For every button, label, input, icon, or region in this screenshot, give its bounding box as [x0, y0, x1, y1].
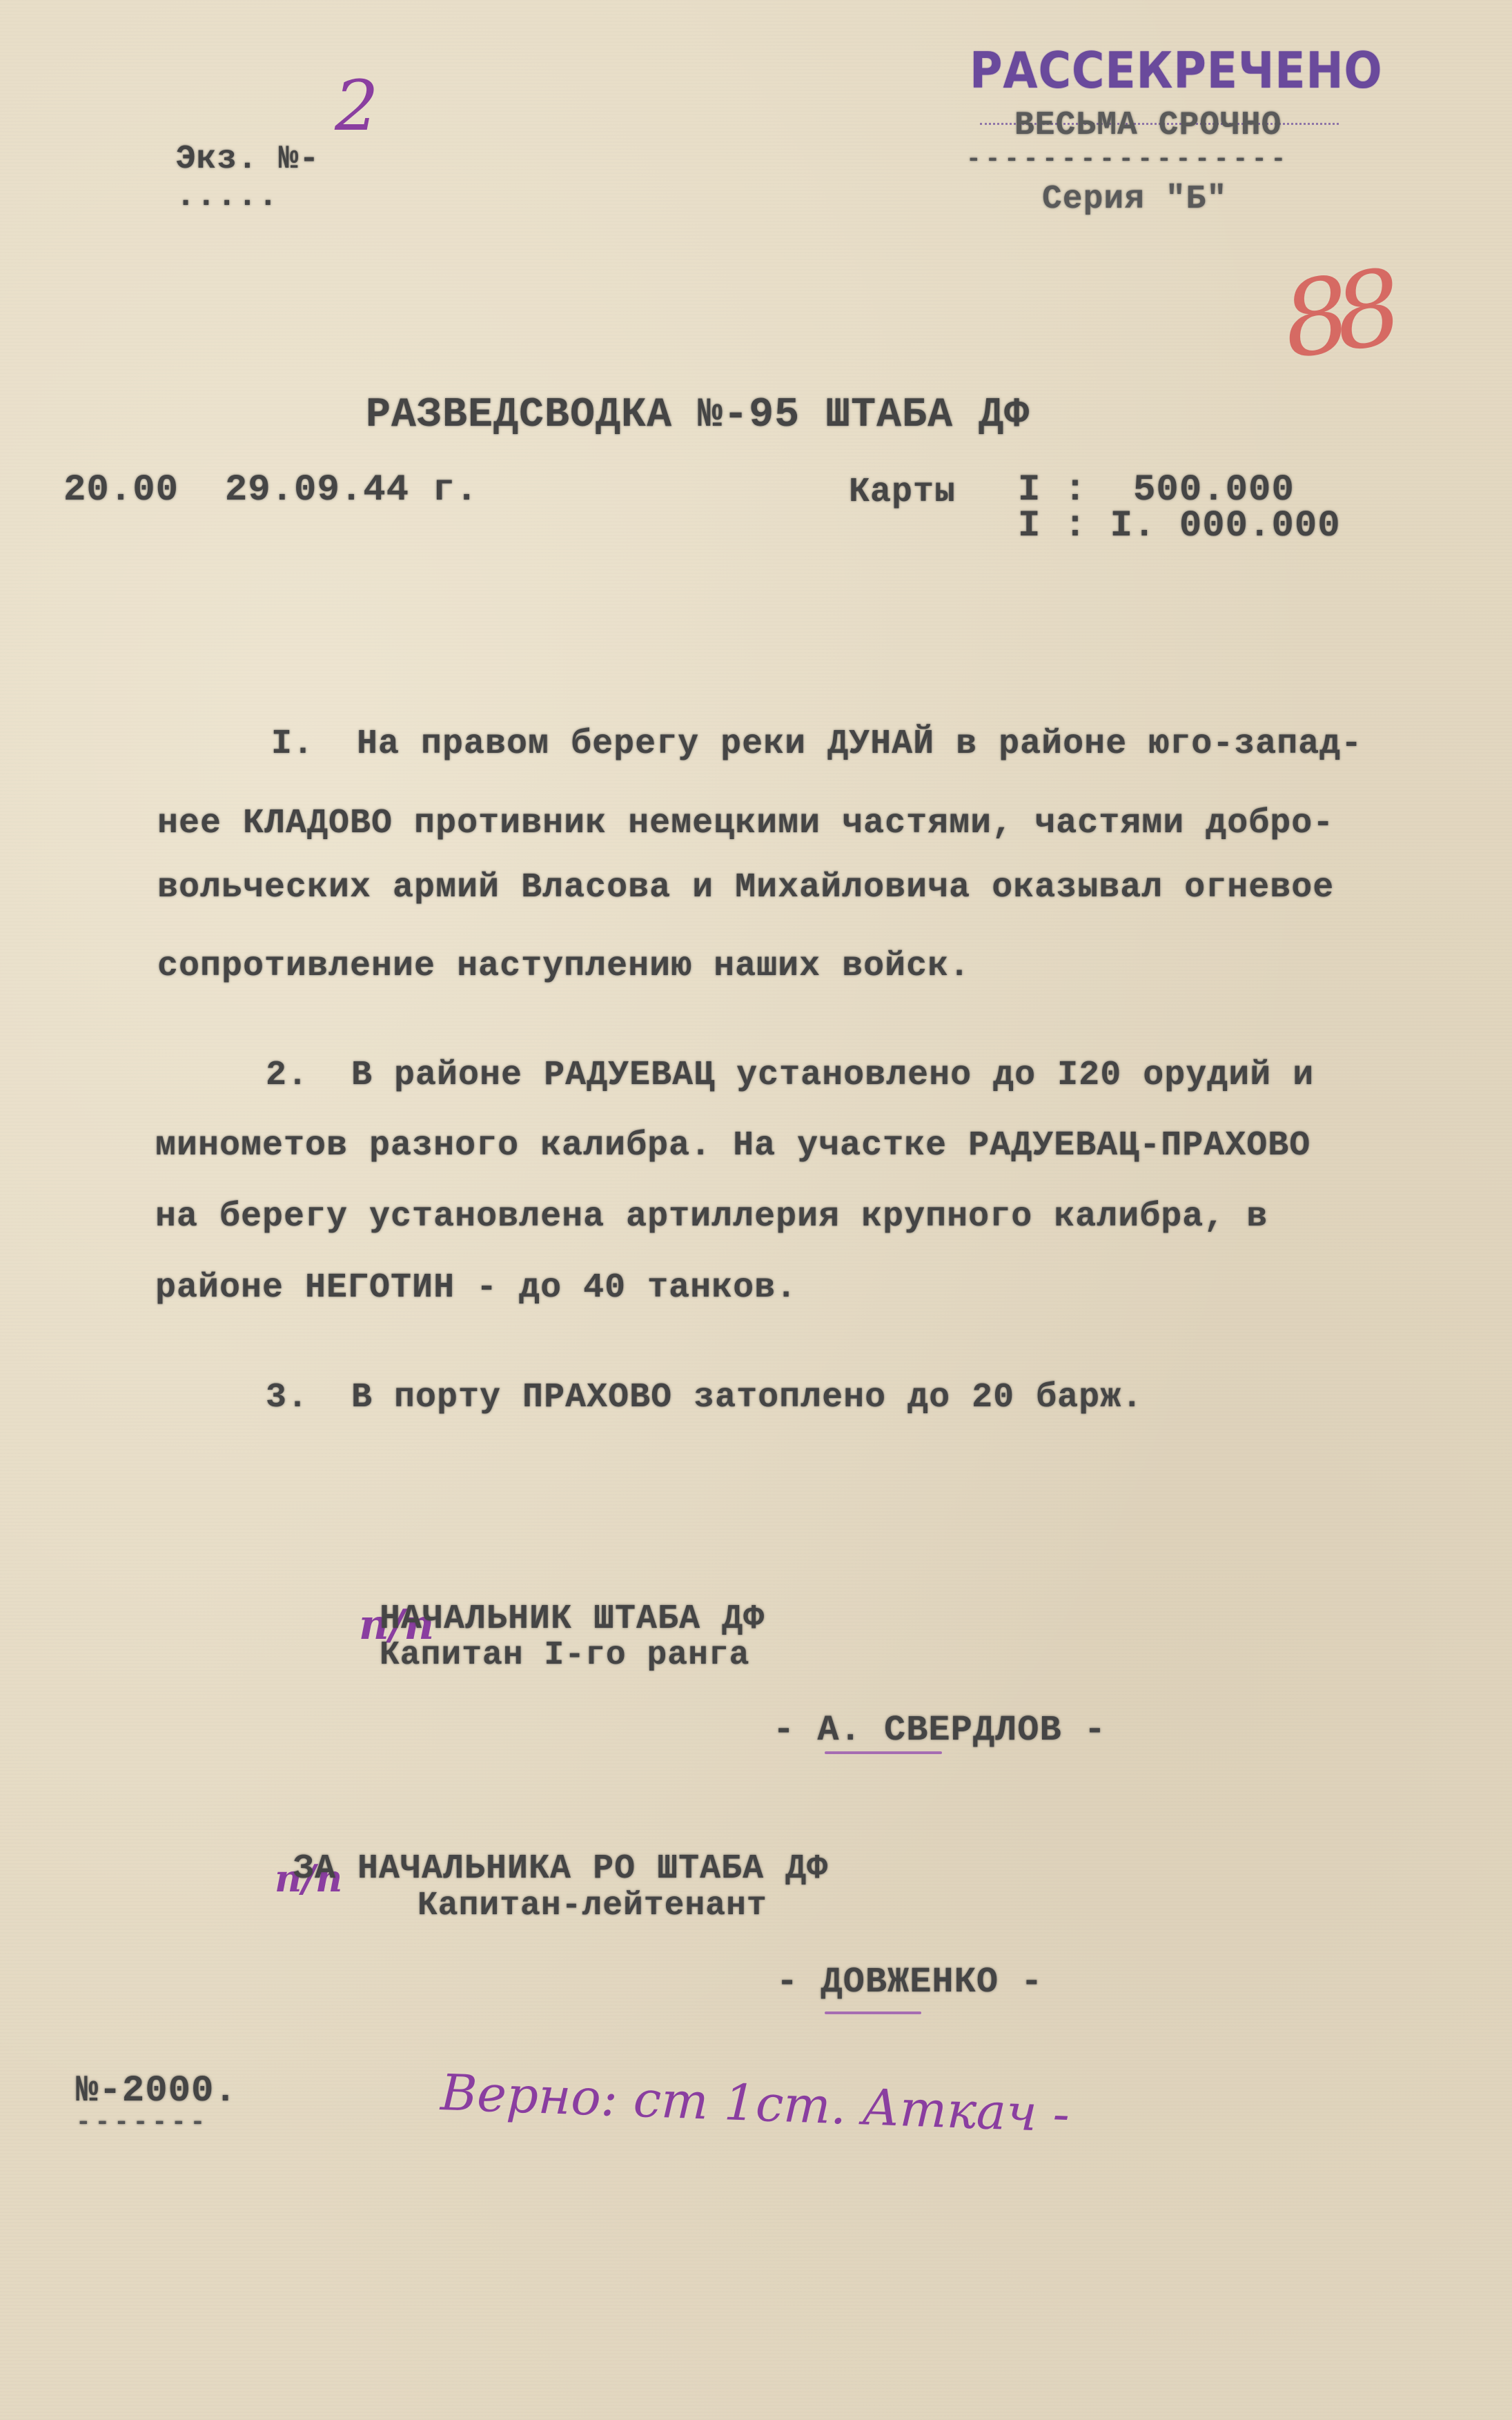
signature-1-name: - А. СВЕРДЛОВ - [773, 1710, 1106, 1751]
document-number-underline: ------- [76, 2108, 209, 2136]
copy-dots: ..... [176, 178, 279, 215]
paragraph-2-line-2: минометов разного калибра. На участке РА… [155, 1126, 1310, 1165]
signature-1-rank: Капитан I-го ранга [380, 1637, 749, 1674]
paragraph-1-line-1: I. На правом берегу реки ДУНАЙ в районе … [271, 725, 1362, 764]
time-date: 20.00 29.09.44 г. [63, 469, 478, 511]
paragraph-2-line-1: 2. В районе РАДУЕВАЦ установлено до I20 … [266, 1056, 1314, 1095]
header-separator: ----------------- [966, 145, 1290, 173]
maps-label: Карты [849, 473, 956, 512]
signature-1-underline [825, 1751, 942, 1754]
signature-2-position: ЗА НАЧАЛЬНИКА РО ШТАБА ДФ [293, 1849, 828, 1889]
map-scale-2: I : I. 000.000 [1018, 505, 1341, 547]
document-number: №-2000. [76, 2070, 237, 2112]
page-number-pencil: 88 [1276, 248, 1396, 382]
copy-label: Экз. №- [176, 141, 320, 178]
certification-handwritten: Верно: ст 1ст. Аткач - [440, 2063, 1070, 2143]
document-title: РАЗВЕДСВОДКА №-95 ШТАБА ДФ [366, 392, 1030, 439]
urgency-label: ВЕСЬМА СРОЧНО [1014, 107, 1282, 144]
series-label: Серия "Б" [1042, 181, 1227, 218]
paragraph-2-line-3: на берегу установлена артиллерия крупног… [155, 1197, 1268, 1237]
signature-2-underline [825, 2011, 921, 2014]
paragraph-3-line-1: 3. В порту ПРАХОВО затоплено до 20 барж. [266, 1378, 1143, 1417]
paragraph-2-line-4: районе НЕГОТИН - до 40 танков. [155, 1268, 797, 1308]
declassified-stamp: РАССЕКРЕЧЕНО [970, 41, 1383, 99]
paragraph-1-line-4: сопротивление наступлению наших войск. [157, 947, 970, 986]
paragraph-1-line-3: вольческих армий Власова и Михайловича о… [157, 868, 1334, 907]
signature-1-position: НАЧАЛЬНИК ШТАБА ДФ [380, 1600, 765, 1639]
copy-number-handwritten: 2 [335, 66, 379, 146]
paragraph-1-line-2: нее КЛАДОВО противник немецкими частями,… [157, 804, 1334, 843]
signature-2-name: - ДОВЖЕНКО - [776, 1962, 1043, 2003]
copy-number-label: Экз. №- ..... [135, 104, 320, 215]
signature-2-rank: Капитан-лейтенант [418, 1887, 767, 1925]
